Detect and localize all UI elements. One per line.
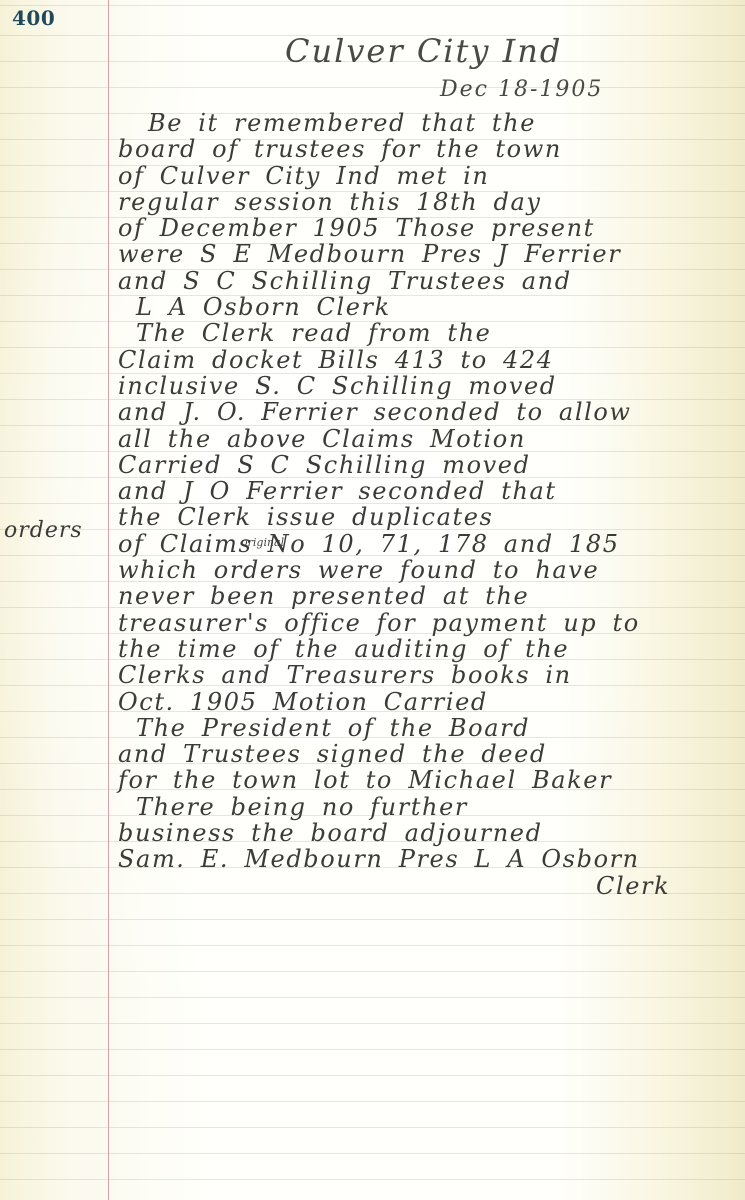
heading-place: Culver City Ind — [285, 32, 562, 70]
text-line: Be it remembered that the — [118, 110, 738, 136]
text-line: L A Osborn Clerk — [118, 294, 738, 320]
minutes-text: Be it remembered that the board of trust… — [118, 110, 738, 899]
text-line: Carried S C Schilling moved — [118, 452, 738, 478]
text-line: The Clerk read from the — [118, 320, 738, 346]
text-line: were S E Medbourn Pres J Ferrier — [118, 241, 738, 267]
text-line: of Culver City Ind met in — [118, 163, 738, 189]
text-line: Clerks and Treasurers books in — [118, 662, 738, 688]
text-line: There being no further — [118, 794, 738, 820]
text-line: all the above Claims Motion — [118, 426, 738, 452]
text-line: board of trustees for the town — [118, 136, 738, 162]
text-line: and J. O. Ferrier seconded to allow — [118, 399, 738, 425]
text-line: the time of the auditing of the — [118, 636, 738, 662]
text-line: and J O Ferrier seconded that — [118, 478, 738, 504]
text-line: never been presented at the — [118, 583, 738, 609]
text-line: regular session this 18th day — [118, 189, 738, 215]
margin-rule — [108, 0, 109, 1200]
page-number: 400 — [12, 6, 55, 30]
heading-date: Dec 18-1905 — [440, 77, 603, 102]
text-line: the Clerk issue duplicates — [118, 504, 738, 530]
text-line: The President of the Board — [118, 715, 738, 741]
text-line: Oct. 1905 Motion Carried — [118, 689, 738, 715]
text-line: Claim docket Bills 413 to 424 — [118, 347, 738, 373]
text-line: of Claims No 10, 71, 178 and 185 — [118, 531, 738, 557]
signature-line: Sam. E. Medbourn Pres L A Osborn — [118, 846, 738, 872]
text-line: for the town lot to Michael Baker — [118, 767, 738, 793]
signature-title-clerk: Clerk — [118, 873, 738, 899]
text-line: of December 1905 Those present — [118, 215, 738, 241]
text-line: which orders were found to have — [118, 557, 738, 583]
text-line: and Trustees signed the deed — [118, 741, 738, 767]
margin-note-orders: orders — [4, 518, 83, 543]
text-line: business the board adjourned — [118, 820, 738, 846]
text-line: treasurer's office for payment up to — [118, 610, 738, 636]
text-line: inclusive S. C Schilling moved — [118, 373, 738, 399]
text-line: and S C Schilling Trustees and — [118, 268, 738, 294]
ledger-page: 400 Culver City Ind Dec 18-1905 orders o… — [0, 0, 745, 1200]
